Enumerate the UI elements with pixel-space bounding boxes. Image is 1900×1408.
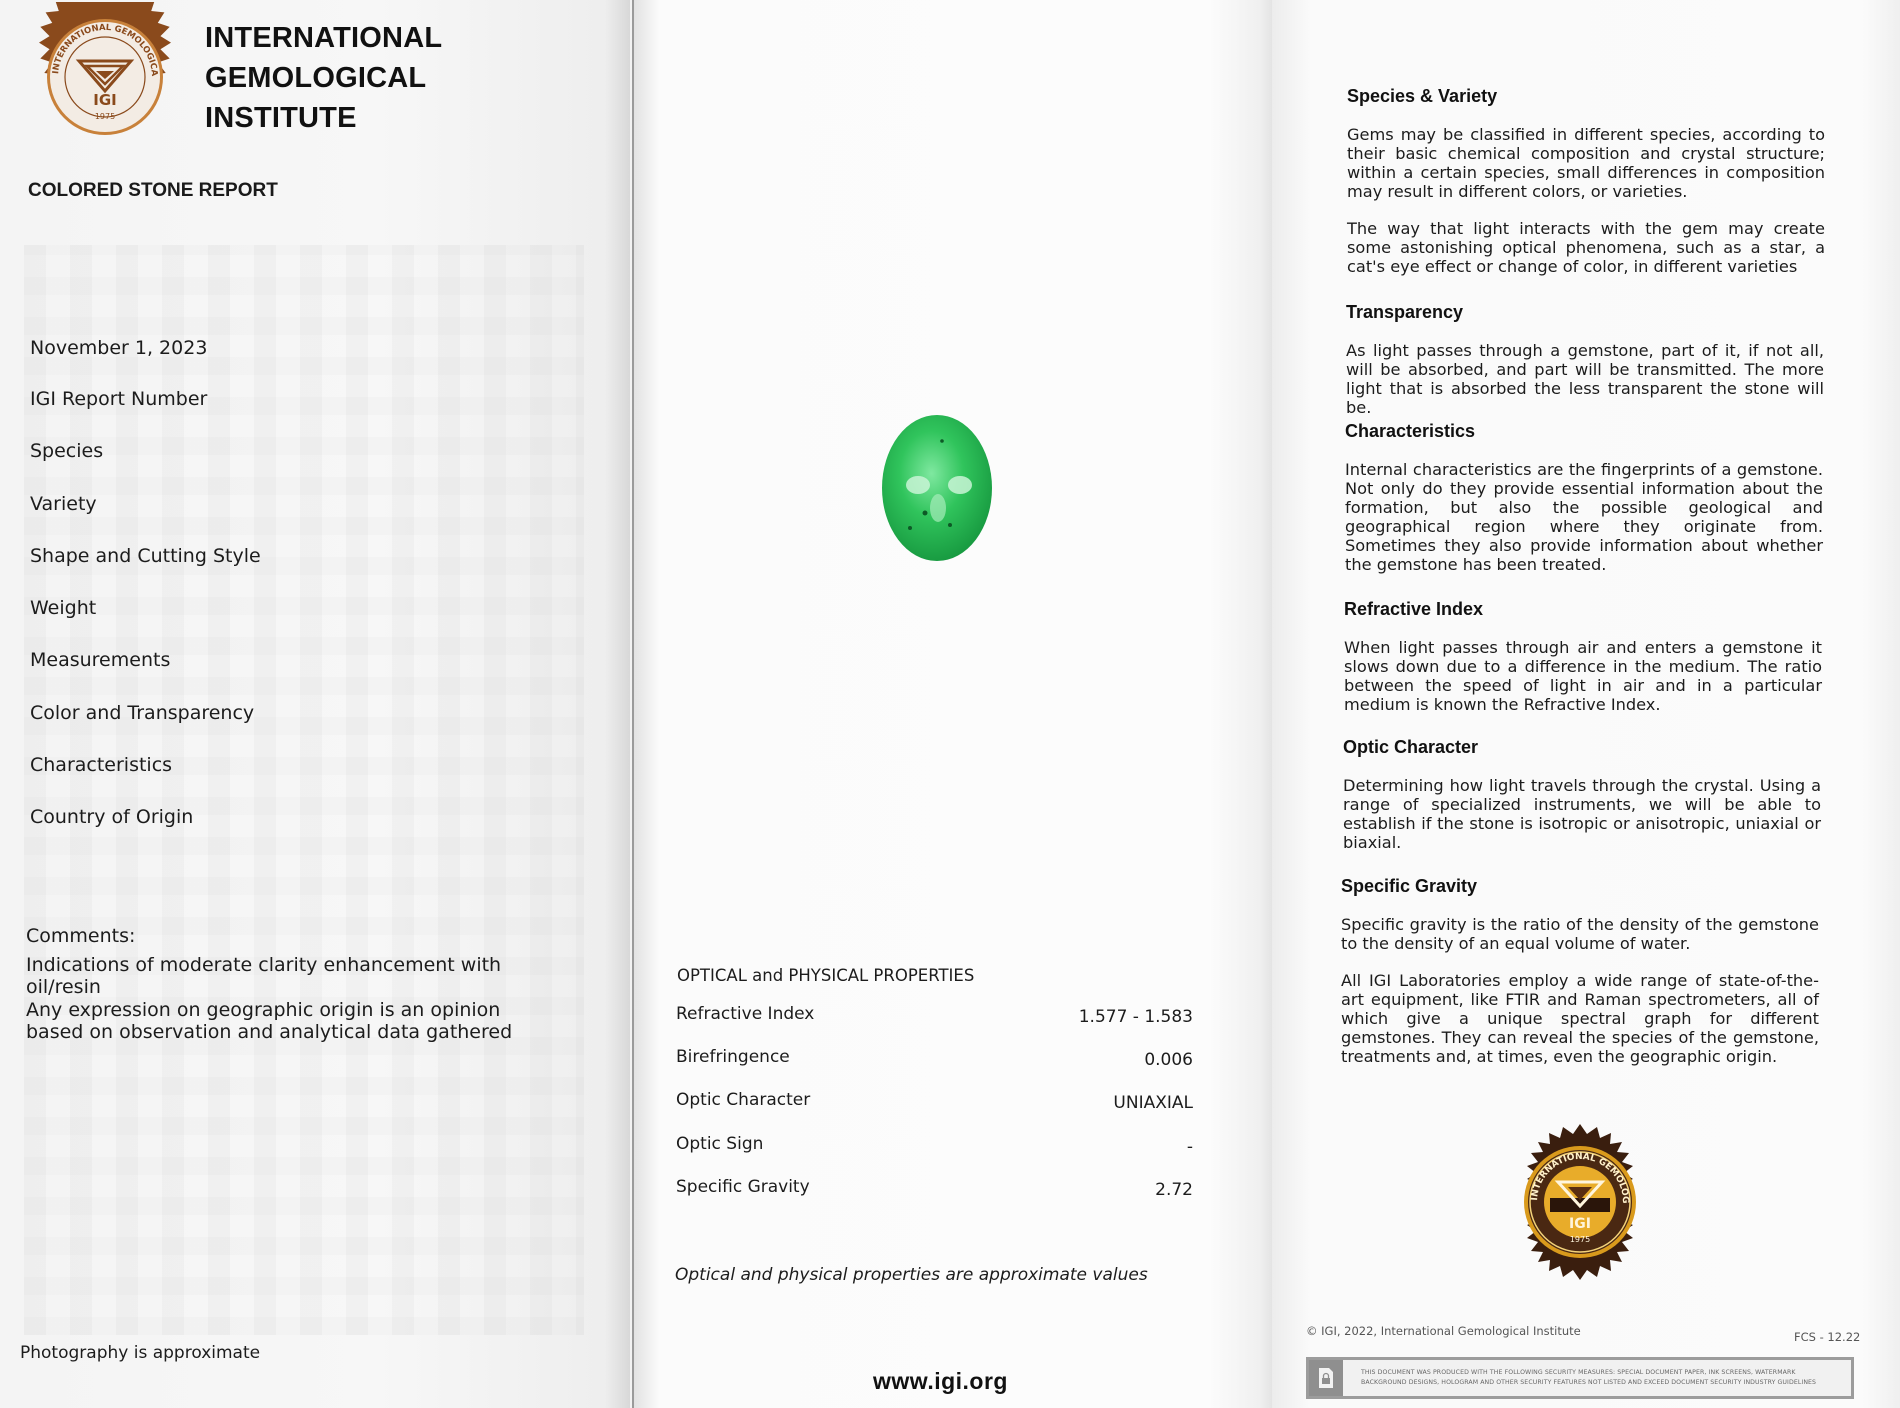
website-link[interactable]: www.igi.org [873,1368,1008,1395]
comment-line: Indications of moderate clarity enhancem… [26,954,546,999]
org-name-line: INTERNATIONAL [205,18,442,58]
report-date: November 1, 2023 [30,337,207,359]
field-label: Country of Origin [30,806,193,828]
property-label: Specific Gravity [676,1177,810,1197]
comments-section: Comments: Indications of moderate clarit… [26,925,546,1044]
comments-label: Comments: [26,925,546,948]
glossary-heading: Optic Character [1343,737,1821,758]
glossary-paragraph: Determining how light travels through th… [1343,776,1821,852]
glossary-paragraph: Specific gravity is the ratio of the den… [1341,915,1819,953]
glossary-section: TransparencyAs light passes through a ge… [1346,302,1824,435]
field-label: Variety [30,493,97,515]
optical-properties-note: Optical and physical properties are appr… [675,1265,1148,1285]
igi-seal-logo-icon: INTERNATIONAL GEMOLOGICAL INSTITUTE IGI … [28,2,182,152]
glossary-section: Specific GravitySpecific gravity is the … [1341,876,1819,1084]
svg-text:1975: 1975 [1570,1235,1590,1244]
glossary-heading: Species & Variety [1347,86,1825,107]
org-name-line: GEMOLOGICAL [205,58,442,98]
glossary-heading: Refractive Index [1344,599,1822,620]
glossary-heading: Characteristics [1345,421,1823,442]
glossary-section: Optic CharacterDetermining how light tra… [1343,737,1821,870]
document-lock-icon [1309,1360,1343,1396]
photography-note: Photography is approximate [20,1343,260,1363]
report-title: COLORED STONE REPORT [28,180,278,202]
security-notice-text: This document was produced with the foll… [1343,1368,1851,1388]
glossary-heading: Transparency [1346,302,1824,323]
field-label: Color and Transparency [30,702,254,724]
property-label: Birefringence [676,1047,790,1067]
organization-name: INTERNATIONAL GEMOLOGICAL INSTITUTE [205,18,442,138]
glossary-paragraph: Internal characteristics are the fingerp… [1345,460,1823,574]
svg-text:IGI: IGI [93,91,116,109]
property-label: Refractive Index [676,1004,814,1024]
svg-text:1975: 1975 [95,112,115,121]
igi-hologram-seal-icon: INTERNATIONAL GEMOLOGICAL INSTITUTE IGI … [1500,1122,1660,1282]
glossary-section: CharacteristicsInternal characteristics … [1345,421,1823,592]
property-label: Optic Character [676,1090,810,1110]
glossary-section: Species & VarietyGems may be classified … [1347,86,1825,294]
report-number-label: IGI Report Number [30,388,207,410]
glossary-paragraph: All IGI Laboratories employ a wide range… [1341,971,1819,1066]
glossary-section: Refractive IndexWhen light passes throug… [1344,599,1822,732]
property-value: 0.006 [1144,1050,1193,1070]
security-measures-banner: This document was produced with the foll… [1306,1357,1854,1399]
field-label: Measurements [30,649,170,671]
field-label: Species [30,440,103,462]
property-value: UNIAXIAL [1113,1093,1193,1113]
copyright-notice: © IGI, 2022, International Gemological I… [1306,1324,1581,1338]
glossary-paragraph: The way that light interacts with the ge… [1347,219,1825,276]
org-name-line: INSTITUTE [205,98,442,138]
glossary-paragraph: When light passes through air and enters… [1344,638,1822,714]
optical-properties-title: OPTICAL and PHYSICAL PROPERTIES [677,966,974,985]
glossary-heading: Specific Gravity [1341,876,1819,897]
property-label: Optic Sign [676,1134,763,1154]
comment-line: Any expression on geographic origin is a… [26,999,546,1044]
form-code: FCS - 12.22 [1794,1330,1860,1344]
property-value: 2.72 [1155,1180,1193,1200]
field-label: Shape and Cutting Style [30,545,261,567]
property-value: 1.577 - 1.583 [1079,1007,1193,1027]
field-label: Weight [30,597,96,619]
glossary-paragraph: Gems may be classified in different spec… [1347,125,1825,201]
property-value: - [1187,1137,1193,1157]
emerald-photo [880,413,994,563]
svg-text:IGI: IGI [1569,1216,1591,1232]
glossary-paragraph: As light passes through a gemstone, part… [1346,341,1824,417]
field-label: Characteristics [30,754,172,776]
